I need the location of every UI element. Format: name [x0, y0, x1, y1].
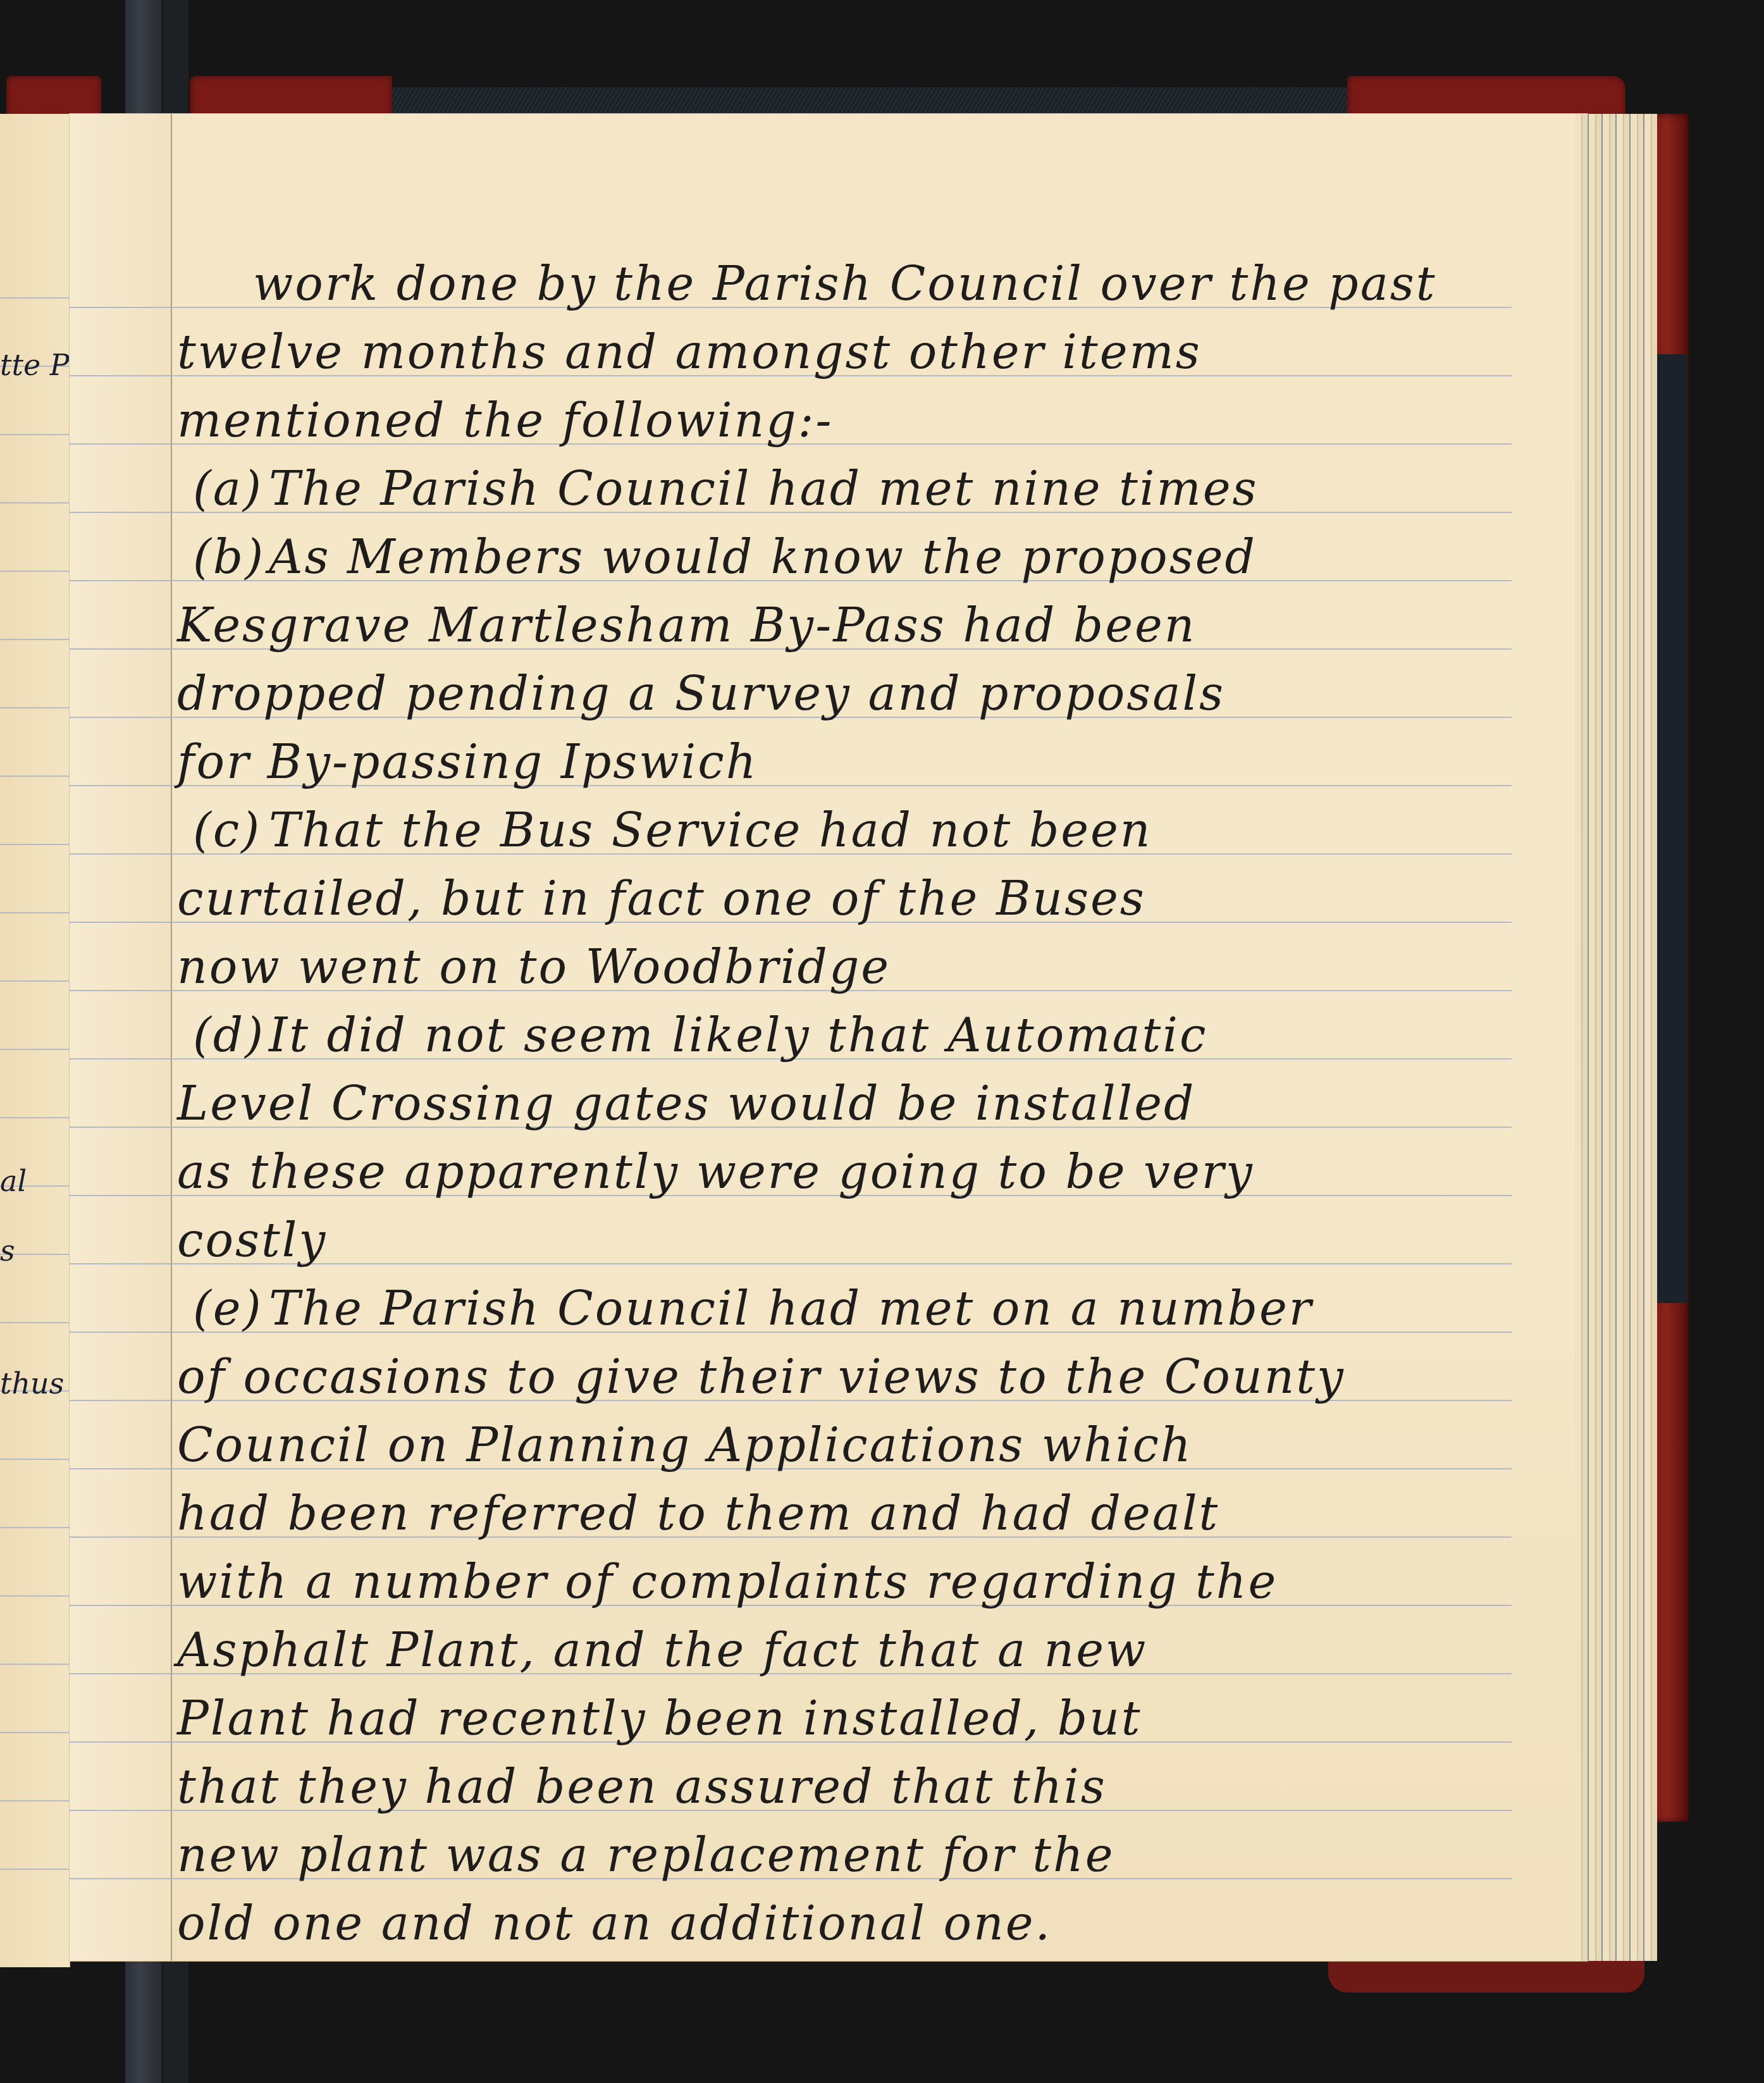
handwritten-line: mentioned the following:- — [177, 397, 1569, 444]
handwritten-line: dropped pending a Survey and proposals — [177, 671, 1569, 717]
margin-note: thus — [0, 1366, 64, 1400]
handwritten-line: new plant was a replacement for the — [177, 1832, 1569, 1879]
page-stack-edges — [1575, 114, 1657, 1961]
handwritten-line: had been referred to them and had dealt — [177, 1490, 1569, 1537]
handwritten-line: Asphalt Plant, and the fact that a new — [177, 1627, 1569, 1674]
list-item-d: (d)It did not seem likely that Automatic — [193, 1012, 1584, 1059]
facing-page: tte Parish al s thus — [0, 114, 70, 1967]
handwritten-line: curtailed, but in fact one of the Buses — [177, 875, 1569, 922]
list-item-e: (e)The Parish Council had met on a numbe… — [193, 1285, 1584, 1332]
handwritten-line: work done by the Parish Council over the… — [177, 261, 1569, 307]
handwritten-line: costly — [177, 1217, 1569, 1264]
handwritten-line: as these apparently were going to be ver… — [177, 1149, 1569, 1196]
margin-note: al — [0, 1164, 27, 1198]
handwritten-line: with a number of complaints regarding th… — [177, 1559, 1569, 1605]
list-item-c: (c)That the Bus Service had not been — [193, 807, 1584, 854]
handwritten-line: now went on to Woodbridge — [177, 944, 1569, 991]
handwritten-line: Plant had recently been installed, but — [177, 1695, 1569, 1742]
list-item-b: (b)As Members would know the proposed — [193, 534, 1584, 581]
page-gutter — [70, 114, 172, 1961]
handwritten-line: that they had been assured that this — [177, 1764, 1569, 1810]
notebook-page: work done by the Parish Council over the… — [70, 114, 1588, 1961]
handwritten-line: Council on Planning Applications which — [177, 1422, 1569, 1469]
handwritten-line: old one and not an additional one. — [177, 1900, 1569, 1947]
list-item-a: (a)The Parish Council had met nine times — [193, 466, 1584, 512]
handwritten-line: Kesgrave Martlesham By-Pass had been — [177, 602, 1569, 649]
margin-rule — [171, 114, 172, 1961]
handwritten-line: twelve months and amongst other items — [177, 329, 1569, 376]
handwritten-line: Level Crossing gates would be installed — [177, 1080, 1569, 1127]
margin-note: s — [0, 1233, 15, 1268]
handwritten-line: for By-passing Ipswich — [177, 739, 1569, 786]
handwritten-line: of occasions to give their views to the … — [177, 1354, 1569, 1400]
